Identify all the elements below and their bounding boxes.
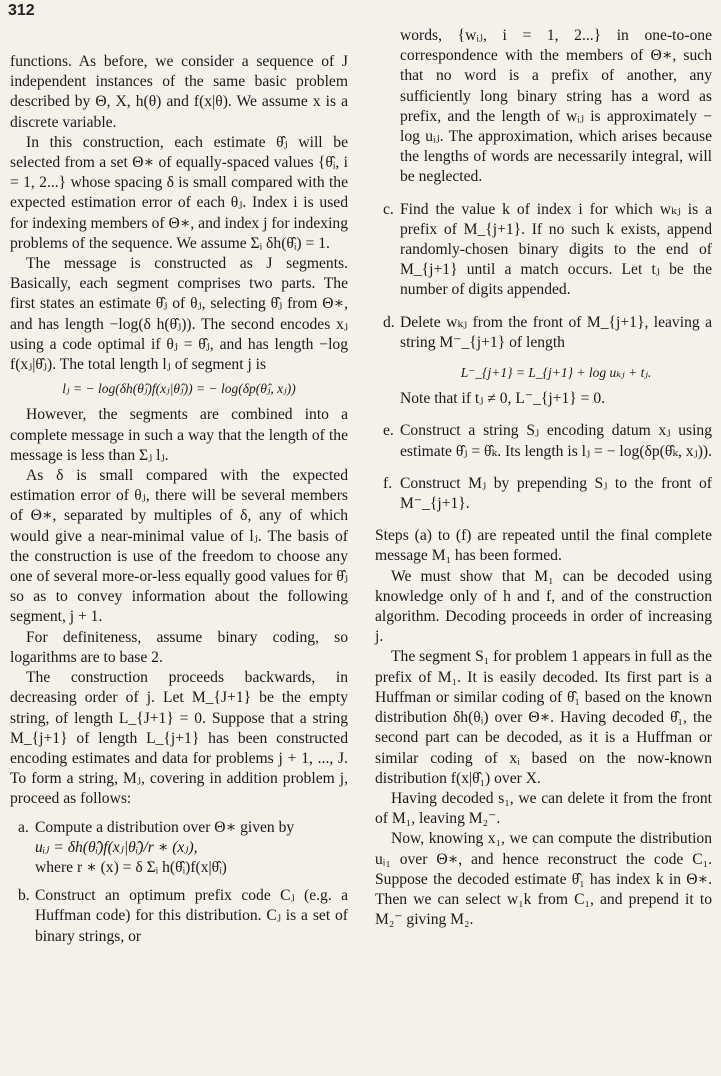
paragraph: We must show that M₁ can be decoded usin…	[375, 567, 712, 648]
paragraph: For definiteness, assume binary coding, …	[10, 628, 348, 668]
step-note: Note that if tⱼ ≠ 0, L⁻_{j+1} = 0.	[400, 389, 712, 409]
list-label: a.	[18, 818, 29, 838]
step-equation: where r ∗ (x) = δ Σᵢ h(θ̂ᵢ)f(x|θ̂ᵢ)	[35, 858, 348, 878]
paragraph: functions. As before, we consider a sequ…	[10, 52, 348, 133]
step-text: Construct a string Sⱼ encoding datum xⱼ …	[400, 421, 712, 461]
left-column: functions. As before, we consider a sequ…	[10, 52, 348, 947]
paragraph: The construction proceeds backwards, in …	[10, 668, 348, 809]
page-number: 312	[8, 2, 35, 20]
list-item-d: d. Delete wₖⱼ from the front of M_{j+1},…	[375, 313, 712, 410]
list-item-e: e. Construct a string Sⱼ encoding datum …	[375, 421, 712, 461]
equation: L⁻_{j+1} = L_{j+1} + log uₖⱼ + tⱼ.	[400, 363, 712, 383]
step-text: Find the value k of index i for which wₖ…	[400, 200, 712, 301]
paragraph: The message is constructed as J segments…	[10, 254, 348, 375]
step-text: Construct Mⱼ by prepending Sⱼ to the fro…	[400, 474, 712, 514]
paragraph: The segment S₁ for problem 1 appears in …	[375, 647, 712, 788]
step-text: words, {wᵢⱼ, i = 1, 2...} in one-to-one …	[400, 26, 712, 188]
step-text: Construct an optimum prefix code Cⱼ (e.g…	[35, 886, 348, 947]
list-label: c.	[383, 200, 394, 220]
paragraph: As δ is small compared with the expected…	[10, 466, 348, 628]
list-label: d.	[383, 313, 395, 333]
paragraph: Now, knowing x₁, we can compute the dist…	[375, 829, 712, 930]
step-text: Compute a distribution over Θ∗ given by	[35, 818, 348, 838]
list-item-b-continued: words, {wᵢⱼ, i = 1, 2...} in one-to-one …	[375, 26, 712, 188]
list-label: b.	[18, 886, 30, 906]
equation: lⱼ = − log(δh(θ̂ⱼ)f(xⱼ|θ̂ⱼ)) = − log(δp(…	[10, 379, 348, 399]
paragraph: However, the segments are combined into …	[10, 405, 348, 466]
paragraph: Having decoded s₁, we can delete it from…	[375, 789, 712, 829]
list-label: f.	[383, 474, 392, 494]
list-item-b: b. Construct an optimum prefix code Cⱼ (…	[10, 886, 348, 947]
step-text: Delete wₖⱼ from the front of M_{j+1}, le…	[400, 313, 712, 353]
paragraph: Steps (a) to (f) are repeated until the …	[375, 526, 712, 566]
step-equation: uᵢⱼ = δh(θ̂ᵢ)f(xⱼ|θ̂ᵢ)/r ∗ (xⱼ),	[35, 838, 348, 858]
list-item-a: a. Compute a distribution over Θ∗ given …	[10, 818, 348, 879]
paragraph: In this construction, each estimate θ̂ⱼ …	[10, 133, 348, 254]
list-label: e.	[383, 421, 394, 441]
list-item-f: f. Construct Mⱼ by prepending Sⱼ to the …	[375, 474, 712, 514]
list-item-c: c. Find the value k of index i for which…	[375, 200, 712, 301]
right-column: words, {wᵢⱼ, i = 1, 2...} in one-to-one …	[375, 20, 712, 930]
